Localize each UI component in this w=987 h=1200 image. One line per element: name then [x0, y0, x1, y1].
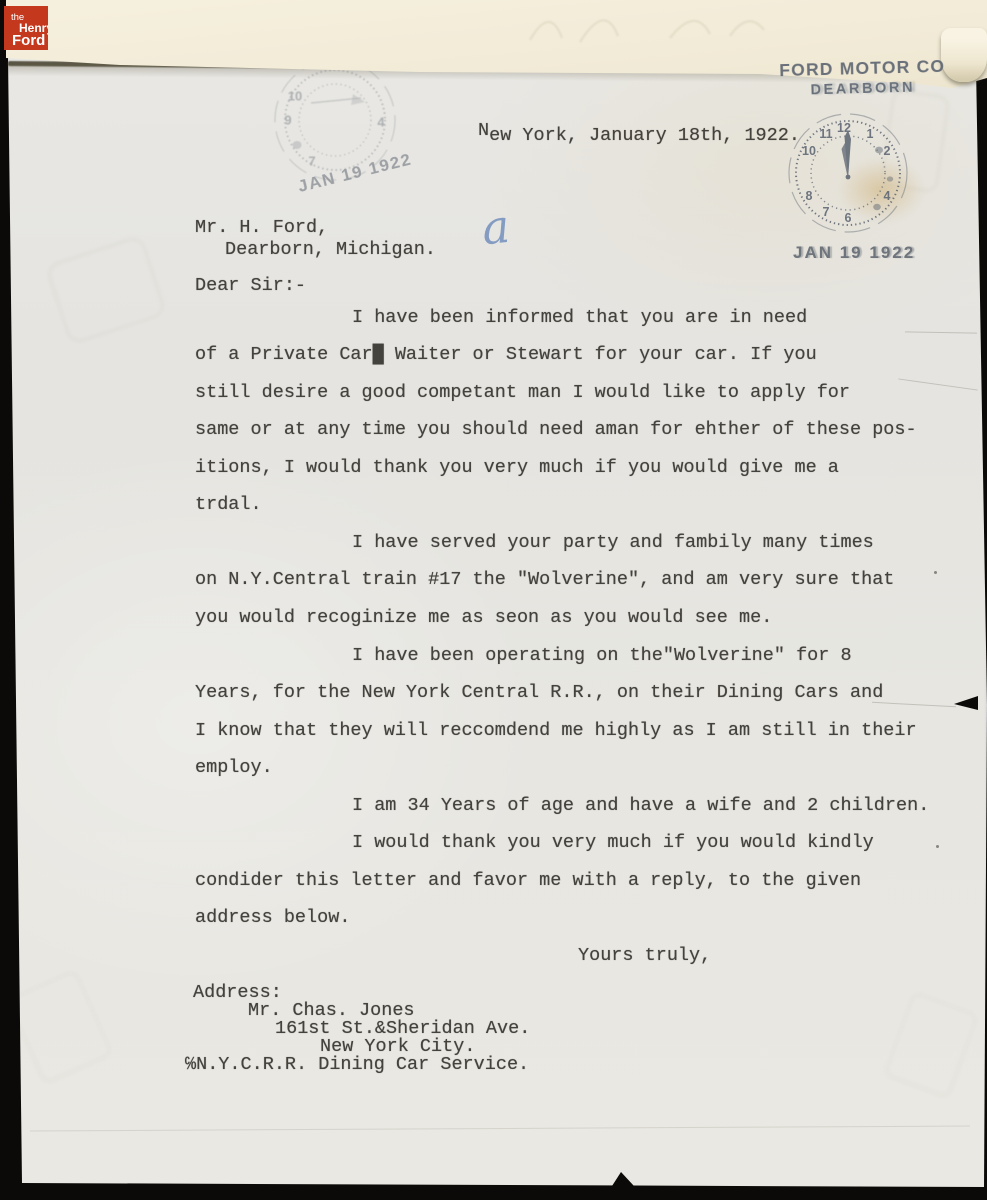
body-line: I am 34 Years of age and have a wife and… — [352, 795, 929, 817]
clock-number: 10 — [288, 89, 302, 104]
stamp-smudge — [351, 94, 365, 105]
clock-number: 11 — [819, 127, 832, 141]
body-line: trdal. — [195, 494, 262, 516]
body-line: Years, for the New York Central R.R., on… — [195, 682, 883, 704]
logo-word-ford: Ford — [12, 32, 45, 49]
crease-line — [30, 1126, 970, 1132]
ink-speck — [936, 845, 939, 848]
clock-number: 4 — [884, 189, 891, 203]
body-line: same or at any time you should need aman… — [195, 419, 917, 441]
body-line: employ. — [195, 757, 273, 779]
crease-line — [872, 702, 956, 707]
paper-tear — [612, 1172, 634, 1186]
clock-number: 4 — [377, 115, 385, 130]
body-line: I have been operating on the"Wolverine" … — [352, 645, 852, 667]
clock-number: 1 — [867, 127, 874, 141]
ford-motor-co-stamp: FORD MOTOR CO DEARBORN — [770, 56, 956, 100]
received-date-stamp-right: JAN 19 1922 — [793, 243, 915, 263]
crease-line — [898, 378, 977, 390]
ford-stamp-company: FORD MOTOR CO — [770, 56, 955, 82]
ghost-impression — [883, 991, 980, 1100]
salutation: Dear Sir:- — [195, 275, 306, 297]
henry-ford-logo: the Henry Ford — [4, 6, 48, 50]
clock-number: 7 — [308, 154, 315, 169]
body-line: condider this letter and favor me with a… — [195, 870, 861, 892]
letter-page: 10 9 7 4 JAN 19 1922 12 1 2 4 6 7 8 10 1… — [0, 0, 987, 1200]
scan-background: 10 9 7 4 JAN 19 1922 12 1 2 4 6 7 8 10 1… — [0, 0, 987, 1200]
paper-tear — [954, 696, 978, 710]
ghost-impression — [6, 969, 114, 1086]
stamp-smudge — [875, 147, 883, 154]
body-line: on N.Y.Central train #17 the "Wolverine"… — [195, 569, 894, 591]
clock-number: 8 — [806, 189, 813, 203]
recipient-name: Mr. H. Ford, — [195, 217, 328, 239]
clock-number: 7 — [823, 205, 830, 219]
clock-number: 10 — [802, 144, 816, 158]
ghost-impression — [45, 234, 168, 345]
body-line: I would thank you very much if you would… — [352, 832, 874, 854]
closing: Yours truly, — [578, 945, 711, 967]
clock-center — [846, 175, 851, 180]
body-line: I have been informed that you are in nee… — [352, 307, 807, 329]
recipient-city: Dearborn, Michigan. — [225, 239, 436, 261]
body-line: itions, I would thank you very much if y… — [195, 457, 839, 479]
body-line: still desire a good competant man I woul… — [195, 382, 850, 404]
stamp-smudge — [293, 141, 302, 149]
stamp-smudge — [887, 176, 893, 181]
body-line: I know that they will reccomdend me high… — [195, 720, 917, 742]
body-line: I have served your party and fambily man… — [352, 532, 874, 554]
body-line: of a Private Car█ Waiter or Stewart for … — [195, 344, 817, 366]
clock-number: 6 — [845, 211, 852, 225]
address-line: ℅N.Y.C.R.R. Dining Car Service. — [185, 1054, 529, 1076]
ghost-pencil-marks — [520, 0, 780, 50]
body-line: address below. — [195, 907, 350, 929]
ink-speck — [934, 571, 937, 574]
stamp-smudge — [873, 204, 881, 210]
handwritten-annotation: a — [479, 199, 512, 256]
letter-dateline: New York, January 18th, 1922. — [478, 120, 800, 147]
crease-line — [905, 331, 977, 333]
body-line: you would recoginize me as seon as you w… — [195, 607, 772, 629]
clock-number: 9 — [284, 113, 291, 128]
clock-number: 2 — [884, 144, 891, 158]
